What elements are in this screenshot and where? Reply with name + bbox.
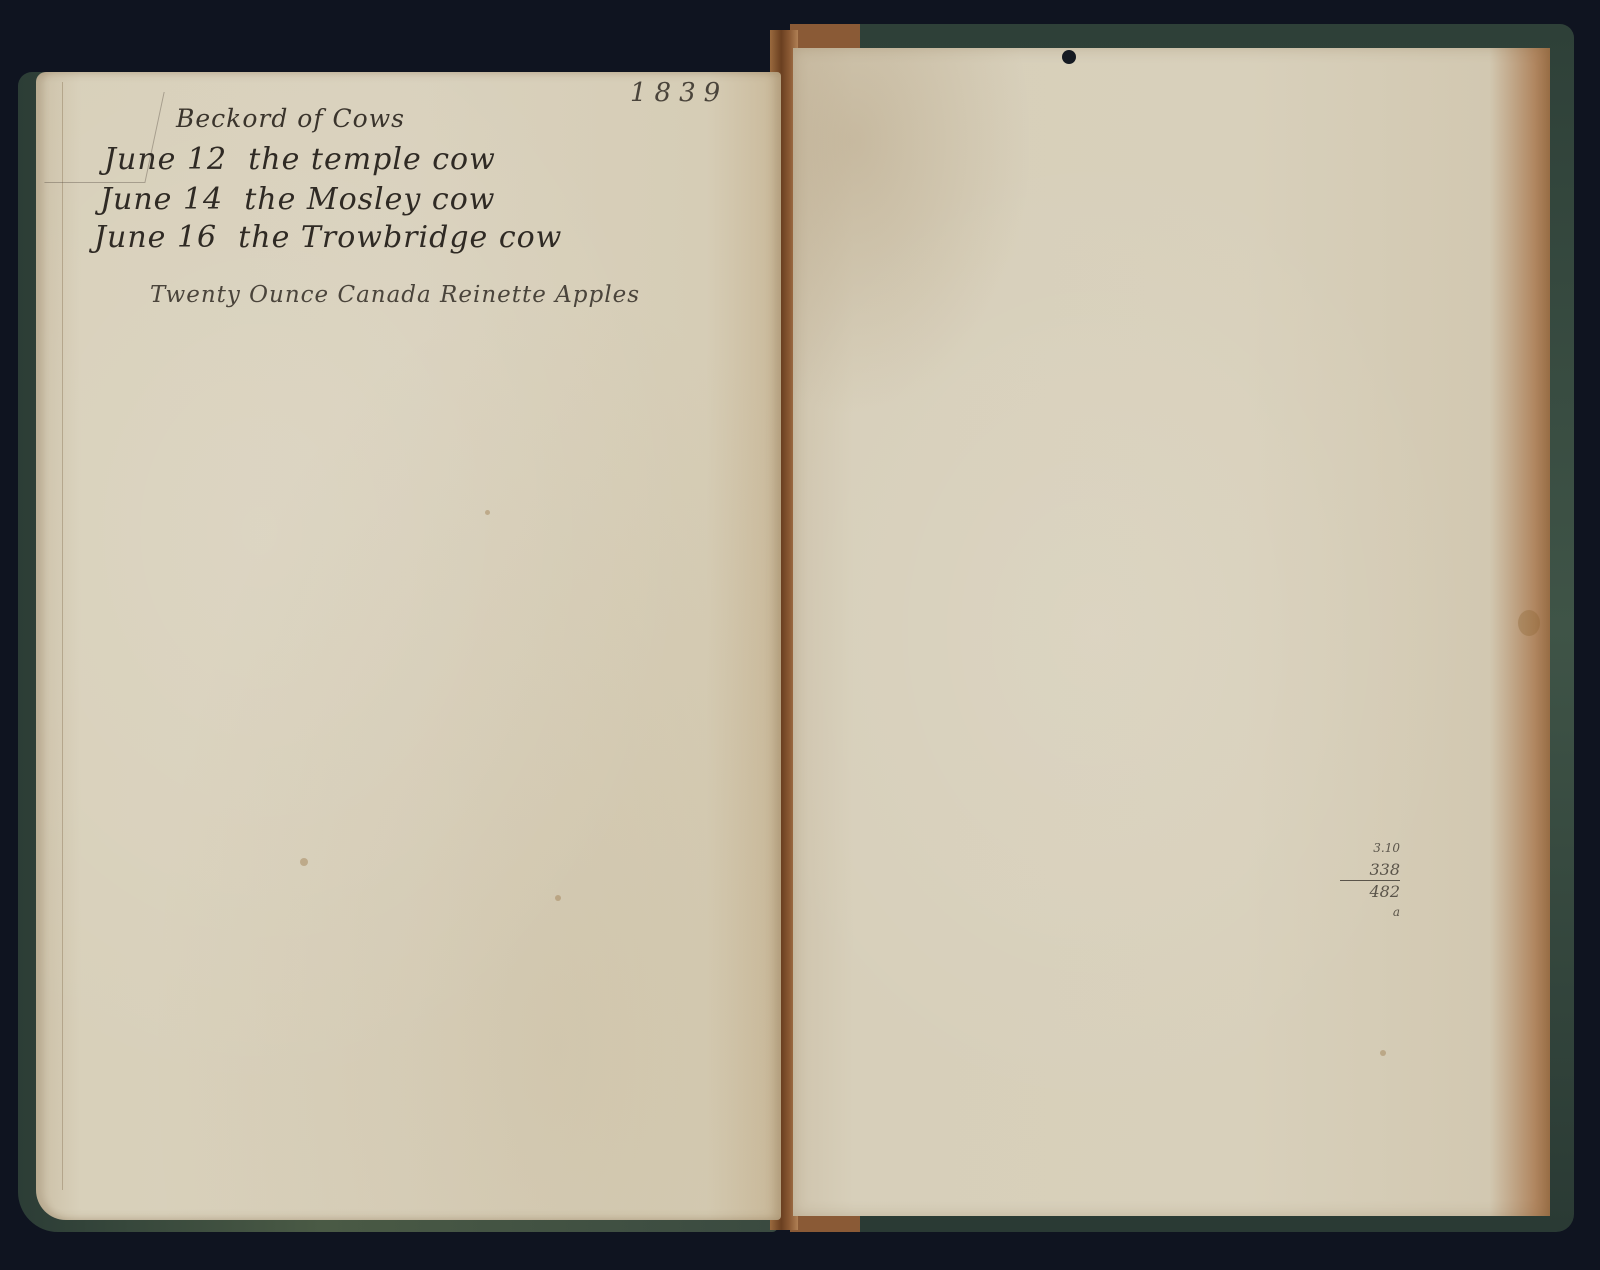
entry-text: the Trowbridge cow <box>238 220 562 255</box>
foxing-spot <box>485 510 490 515</box>
foxing-spot <box>555 895 561 901</box>
entry-row: June 16 the Trowbridge cow <box>94 220 562 255</box>
calc-middle: 338 <box>1340 859 1400 880</box>
foxing-spot <box>300 858 308 866</box>
page-fold-edge <box>54 82 63 1190</box>
foxing-spot <box>1380 1050 1386 1056</box>
entry-text: the temple cow <box>248 142 496 177</box>
record-heading: Beckord of Cows <box>176 104 405 133</box>
entry-date: June 16 <box>94 220 217 255</box>
calc-footnote: a <box>1340 902 1400 923</box>
right-pastedown-page <box>793 48 1550 1216</box>
entry-text: the Mosley cow <box>244 182 495 217</box>
pencil-calculation: 3.10 338 482 a <box>1340 838 1400 923</box>
entry-row: June 12 the temple cow <box>104 142 496 177</box>
foxing-spot <box>1518 610 1540 636</box>
apples-note: Twenty Ounce Canada Reinette Apples <box>150 282 640 308</box>
calc-top: 3.10 <box>1340 838 1400 859</box>
open-ledger-book: 1839 Beckord of Cows June 12 the temple … <box>0 0 1600 1270</box>
entry-date: June 14 <box>100 182 223 217</box>
punch-hole <box>1062 50 1076 64</box>
year-note: 1839 <box>630 78 728 108</box>
entry-row: June 14 the Mosley cow <box>100 182 495 217</box>
entry-date: June 12 <box>104 142 227 177</box>
calc-result: 482 <box>1340 881 1400 902</box>
